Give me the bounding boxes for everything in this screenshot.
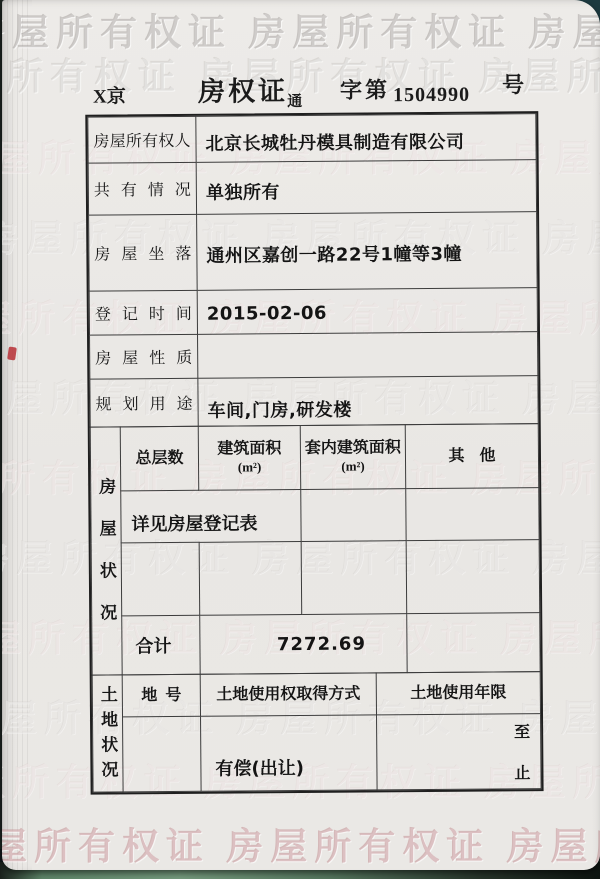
- column-title: 总层数: [121, 448, 198, 469]
- photo-scene: 房屋所有权证 房屋所有权证 房屋所有权证 房屋所有权证 房屋所有权证 房屋所有权…: [0, 0, 600, 879]
- field-label-text: 登记时间: [95, 301, 192, 325]
- table-row: 合计 7272.69: [92, 613, 540, 676]
- detail-note-cell: 详见房屋登记表: [121, 490, 301, 543]
- field-value-co-ownership: 单独所有: [196, 160, 536, 215]
- table-row: 房屋所有权人 北京长城牡丹模具制造有限公司: [88, 114, 536, 164]
- table-row: [91, 540, 540, 617]
- column-unit: (m²): [199, 459, 300, 476]
- land-term-value-cell: 至 止: [377, 714, 542, 790]
- term-to-suffix: 止: [514, 760, 530, 783]
- table-row: 有偿(出让) 至 止: [93, 714, 542, 793]
- column-header-land-acquisition: 土地使用权取得方式: [200, 673, 376, 716]
- certificate-title: 房权证: [198, 69, 288, 109]
- empty-cell: [301, 489, 406, 542]
- certificate-page: 房屋所有权证 房屋所有权证 房屋所有权证 房屋所有权证 房屋所有权证 房屋所有权…: [2, 0, 600, 870]
- column-title: 其他: [448, 447, 510, 464]
- house-status-table: 房屋状况 总层数 建筑面积 (m²) 套内建筑面积 (m²): [90, 423, 541, 676]
- field-value-planned-use: 车间,门房,研发楼: [198, 376, 538, 427]
- section-label-text: 土地状况: [95, 685, 121, 785]
- land-status-table: 土地状况 地号 土地使用权取得方式 土地使用年限 有偿(出让): [92, 671, 542, 793]
- field-value-location: 通州区嘉创一路22号1幢等3幢: [197, 212, 538, 291]
- field-value-house-nature: [198, 332, 538, 379]
- column-title: 地号: [141, 686, 189, 703]
- serial-prefix: 字第: [340, 73, 390, 104]
- empty-cell: [121, 542, 200, 616]
- table-row: 房屋坐落 通州区嘉创一路22号1幢等3幢: [89, 212, 538, 292]
- column-header-land-term: 土地使用年限: [376, 672, 540, 715]
- certificate-table: 房屋所有权人 北京长城牡丹模具制造有限公司 共有情况 单独所有 房屋坐落 通州区…: [85, 111, 543, 795]
- table-row: 房屋状况 总层数 建筑面积 (m²) 套内建筑面积 (m²): [90, 424, 538, 492]
- acquisition-method-value-cell: 有偿(出让): [201, 715, 378, 791]
- field-value-registration-date: 2015-02-06: [197, 288, 537, 335]
- field-label-text: 房屋所有权人: [93, 128, 190, 152]
- empty-cell: [406, 488, 539, 541]
- column-header-building-area: 建筑面积 (m²): [198, 426, 300, 491]
- table-row: 登记时间 2015-02-06: [89, 288, 537, 336]
- certificate-content: X京 房权证 通 字第 1504990 号 房屋所有权人 北京长城牡丹模具制造有…: [2, 0, 600, 870]
- parcel-number-value-cell: [123, 716, 202, 792]
- field-label-text: 房屋坐落: [94, 241, 191, 265]
- empty-cell: [407, 613, 540, 673]
- field-label-text: 共有情况: [94, 177, 191, 201]
- field-value-owner: 北京长城牡丹模具制造有限公司: [196, 114, 536, 163]
- table-row: 房屋性质: [90, 332, 538, 380]
- section-label-text: 房屋状况: [93, 477, 119, 645]
- table-row: 详见房屋登记表: [91, 488, 539, 544]
- field-label-owner: 房屋所有权人: [88, 116, 196, 163]
- column-header-inner-area: 套内建筑面积 (m²): [300, 425, 405, 490]
- empty-cell: [406, 540, 540, 614]
- field-label-house-nature: 房屋性质: [90, 334, 198, 379]
- land-term-range: 至 止: [377, 714, 541, 789]
- region-code: X京: [93, 81, 126, 108]
- field-label-co-ownership: 共有情况: [88, 162, 196, 215]
- column-title: 套内建筑面积: [301, 439, 405, 460]
- certificate-type-subscript: 通: [287, 90, 302, 111]
- field-label-text: 房屋性质: [95, 345, 192, 369]
- term-from-suffix: 至: [514, 719, 530, 742]
- empty-cell: [199, 542, 302, 616]
- column-header-other: 其他: [405, 424, 538, 489]
- total-value-cell: 7272.69: [200, 614, 407, 675]
- owner-info-table: 房屋所有权人 北京长城牡丹模具制造有限公司 共有情况 单独所有 房屋坐落 通州区…: [87, 113, 538, 428]
- total-label-cell: 合计: [122, 615, 200, 675]
- field-label-registration-date: 登记时间: [89, 290, 197, 335]
- serial-number: 1504990: [393, 84, 470, 108]
- certificate-header: X京 房权证 通 字第 1504990 号: [2, 0, 597, 120]
- field-label-text: 规划用途: [95, 391, 192, 415]
- empty-cell: [301, 541, 407, 615]
- table-row: 土地状况 地号 土地使用权取得方式 土地使用年限: [92, 672, 540, 718]
- section-label-house-status: 房屋状况: [90, 427, 122, 675]
- column-header-parcel-number: 地号: [122, 674, 200, 717]
- table-row: 共有情况 单独所有: [88, 160, 536, 216]
- serial-suffix: 号: [502, 68, 524, 99]
- column-unit: (m²): [301, 459, 405, 476]
- field-label-location: 房屋坐落: [89, 214, 198, 291]
- field-label-planned-use: 规划用途: [90, 378, 198, 427]
- column-header-total-floors: 总层数: [120, 426, 199, 491]
- table-row: 规划用途 车间,门房,研发楼: [90, 376, 538, 428]
- section-label-land-status: 土地状况: [92, 675, 123, 792]
- column-title: 建筑面积: [199, 439, 300, 460]
